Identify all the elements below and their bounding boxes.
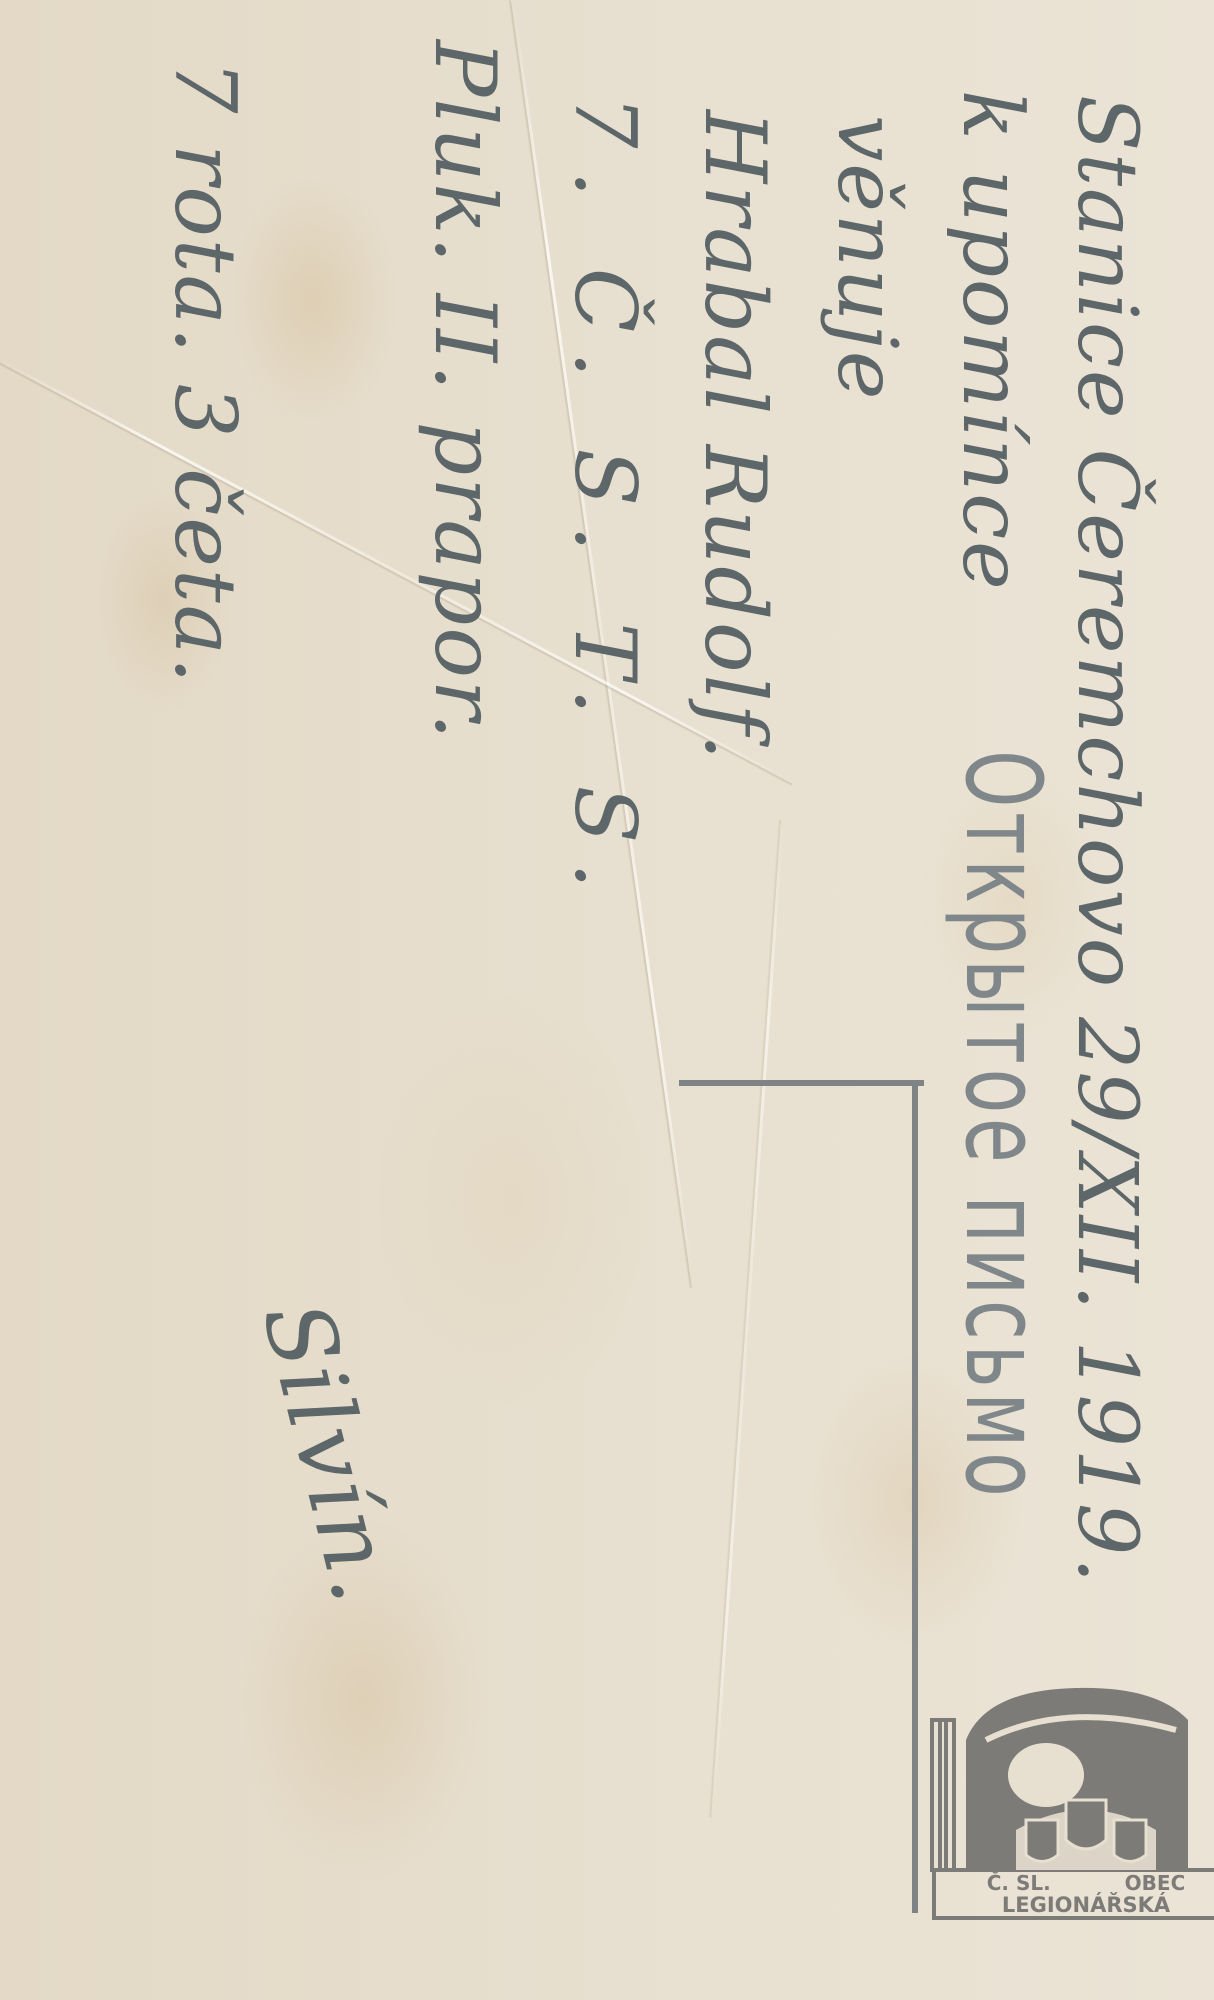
address-divider-vertical xyxy=(679,1080,924,1086)
paper-crease xyxy=(711,820,784,1818)
logo-text-legionarska: LEGIONÁŘSKÁ xyxy=(934,1894,1214,1916)
signature: Silvín. xyxy=(242,1292,420,1615)
regiment-line: 7. Č. S. T. S. xyxy=(556,95,654,911)
battalion-line: Pluk. II. prapor. xyxy=(416,40,514,742)
paper-crease xyxy=(0,359,794,784)
sender-name-line: Hrabal Rudolf. xyxy=(686,110,784,762)
logo-text-csl: Č. SL. xyxy=(987,1871,1051,1895)
legion-logo: Č. SL. OBEC LEGIONÁŘSKÁ xyxy=(926,1680,1214,1920)
place-date-line: Stanice Čeremchovo 29/XII. 1919. xyxy=(1059,95,1154,1585)
address-divider-horizontal xyxy=(912,1083,918,1913)
postcard: Stanice Čeremchovo 29/XII. 1919. k upomí… xyxy=(0,0,1214,2000)
logo-text-obec: OBEC xyxy=(1125,1871,1186,1895)
logo-text: Č. SL. OBEC LEGIONÁŘSKÁ xyxy=(934,1872,1214,1916)
company-platoon-line: 7 rota. 3 četa. xyxy=(156,60,254,686)
dedication-line: k upomínce xyxy=(944,90,1039,592)
printed-header: Открытое письмо xyxy=(942,750,1064,1501)
dedication-verb-line: věnuje xyxy=(819,115,914,401)
